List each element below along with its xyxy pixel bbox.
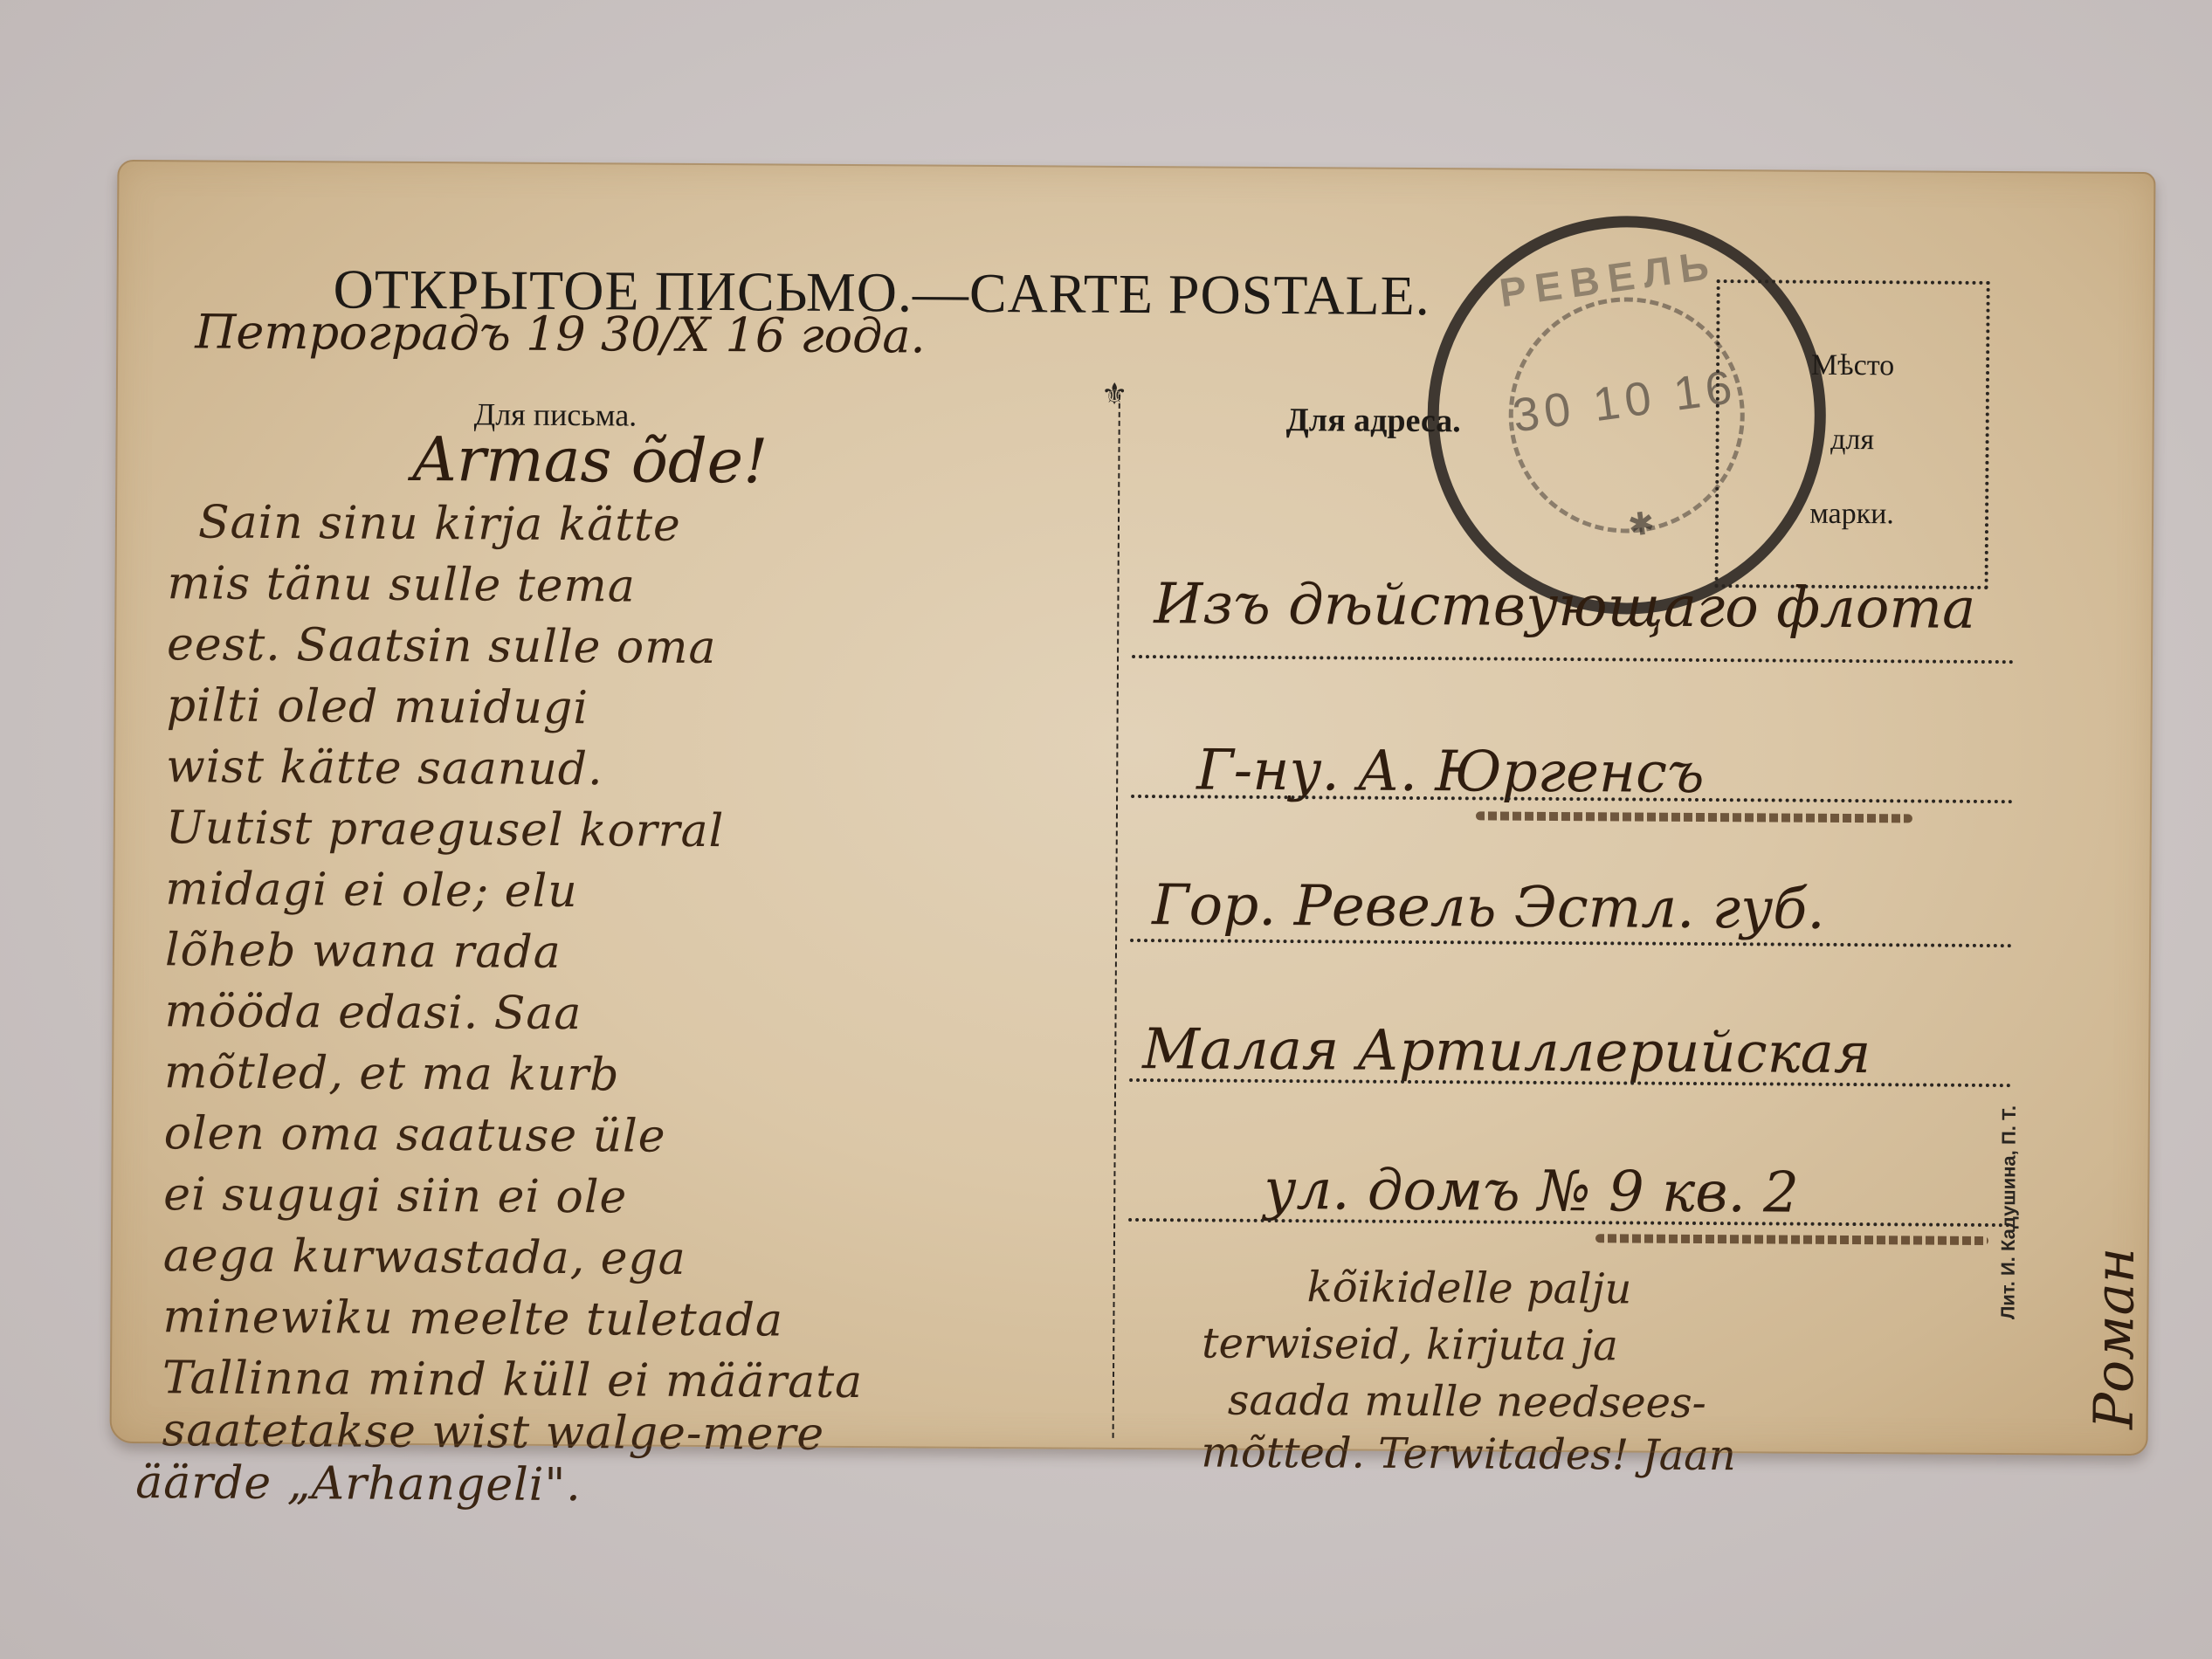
center-divider-line (1113, 395, 1120, 1438)
letter-line: mõtled, et ma kurb (164, 1046, 620, 1101)
stamp-box-label-3: марки. (1719, 497, 1985, 532)
letter-line: Uutist praegusel korral (166, 802, 725, 857)
label-for-address: Для адреса. (1286, 401, 1461, 440)
stamp-box-label-1: Мѣсто (1719, 348, 1986, 383)
printer-imprint: Лит. И. Кадушина, П. Т. (1996, 1105, 2020, 1319)
postcard-photo: ОТКРЫТОЕ ПИСЬМО.—CARTE POSTALE. РЕВЕЛЬ 3… (0, 0, 2212, 1659)
stamp-box-label-2: для (1719, 423, 1985, 458)
letter-line: ei sugugi siin ei ole (163, 1168, 627, 1223)
address-house: ул. домъ № 9 кв. 2 (1264, 1158, 1799, 1226)
letter-line: äärde „Arhangeli". (135, 1456, 582, 1511)
letter-line: lõheb wana rada (165, 924, 562, 979)
address-side-note: terwiseid, kirjuta ja (1202, 1318, 1618, 1370)
wavy-underline (1595, 1234, 1988, 1245)
letter-line: wist kätte saanud. (166, 740, 603, 795)
letter-greeting: Armas õde! (412, 423, 768, 497)
address-line: Изъ дѣйствующаго флота (1154, 572, 1975, 642)
letter-line: minewiku meelte tuletada (162, 1291, 783, 1346)
letter-line: Sain sinu kirja kätte (198, 496, 681, 551)
letter-line: mööda edasi. Saa (164, 985, 582, 1040)
letter-line: pilti oled muidugi (167, 679, 589, 734)
address-side-note: saada mulle needsees- (1228, 1376, 1706, 1428)
letter-line: eest. Saatsin sulle oma (167, 618, 717, 674)
address-block: Изъ дѣйствующаго флота Г-ну. А. Юргенсъ … (118, 160, 2156, 172)
fleur-de-lis-icon: ⚜ (1101, 377, 1128, 412)
handwritten-place-date: Петроградъ 19 30/X 16 года. (195, 304, 926, 363)
letter-line: Tallinna mind küll ei määrata (162, 1352, 863, 1408)
address-city: Гор. Ревель Эстл. губ. (1152, 873, 1825, 942)
stamp-placeholder-box: Мѣсто для марки. (1715, 279, 1990, 589)
address-dotted-line (1132, 655, 2014, 664)
letter-line: saatetakse wist walge-mere (162, 1404, 824, 1461)
letter-line: mis tänu sulle tema (167, 557, 636, 612)
address-side-note: kõikidelle palju (1306, 1263, 1631, 1313)
address-side-note: mõtted. Terwitades! Jaan (1201, 1428, 1736, 1480)
postcard: ОТКРЫТОЕ ПИСЬМО.—CARTE POSTALE. РЕВЕЛЬ 3… (110, 160, 2156, 1456)
vertical-signature: Роман (2082, 1247, 2147, 1429)
letter-line: olen oma saatuse üle (164, 1107, 666, 1163)
letter-body: Sain sinu kirja kätte mis tänu sulle tem… (118, 160, 2156, 172)
address-street: Малая Артиллерийская (1142, 1017, 1871, 1086)
letter-line: midagi ei ole; elu (165, 863, 578, 918)
letter-line: aega kurwastada, ega (163, 1229, 686, 1285)
wavy-underline (1476, 811, 1912, 823)
